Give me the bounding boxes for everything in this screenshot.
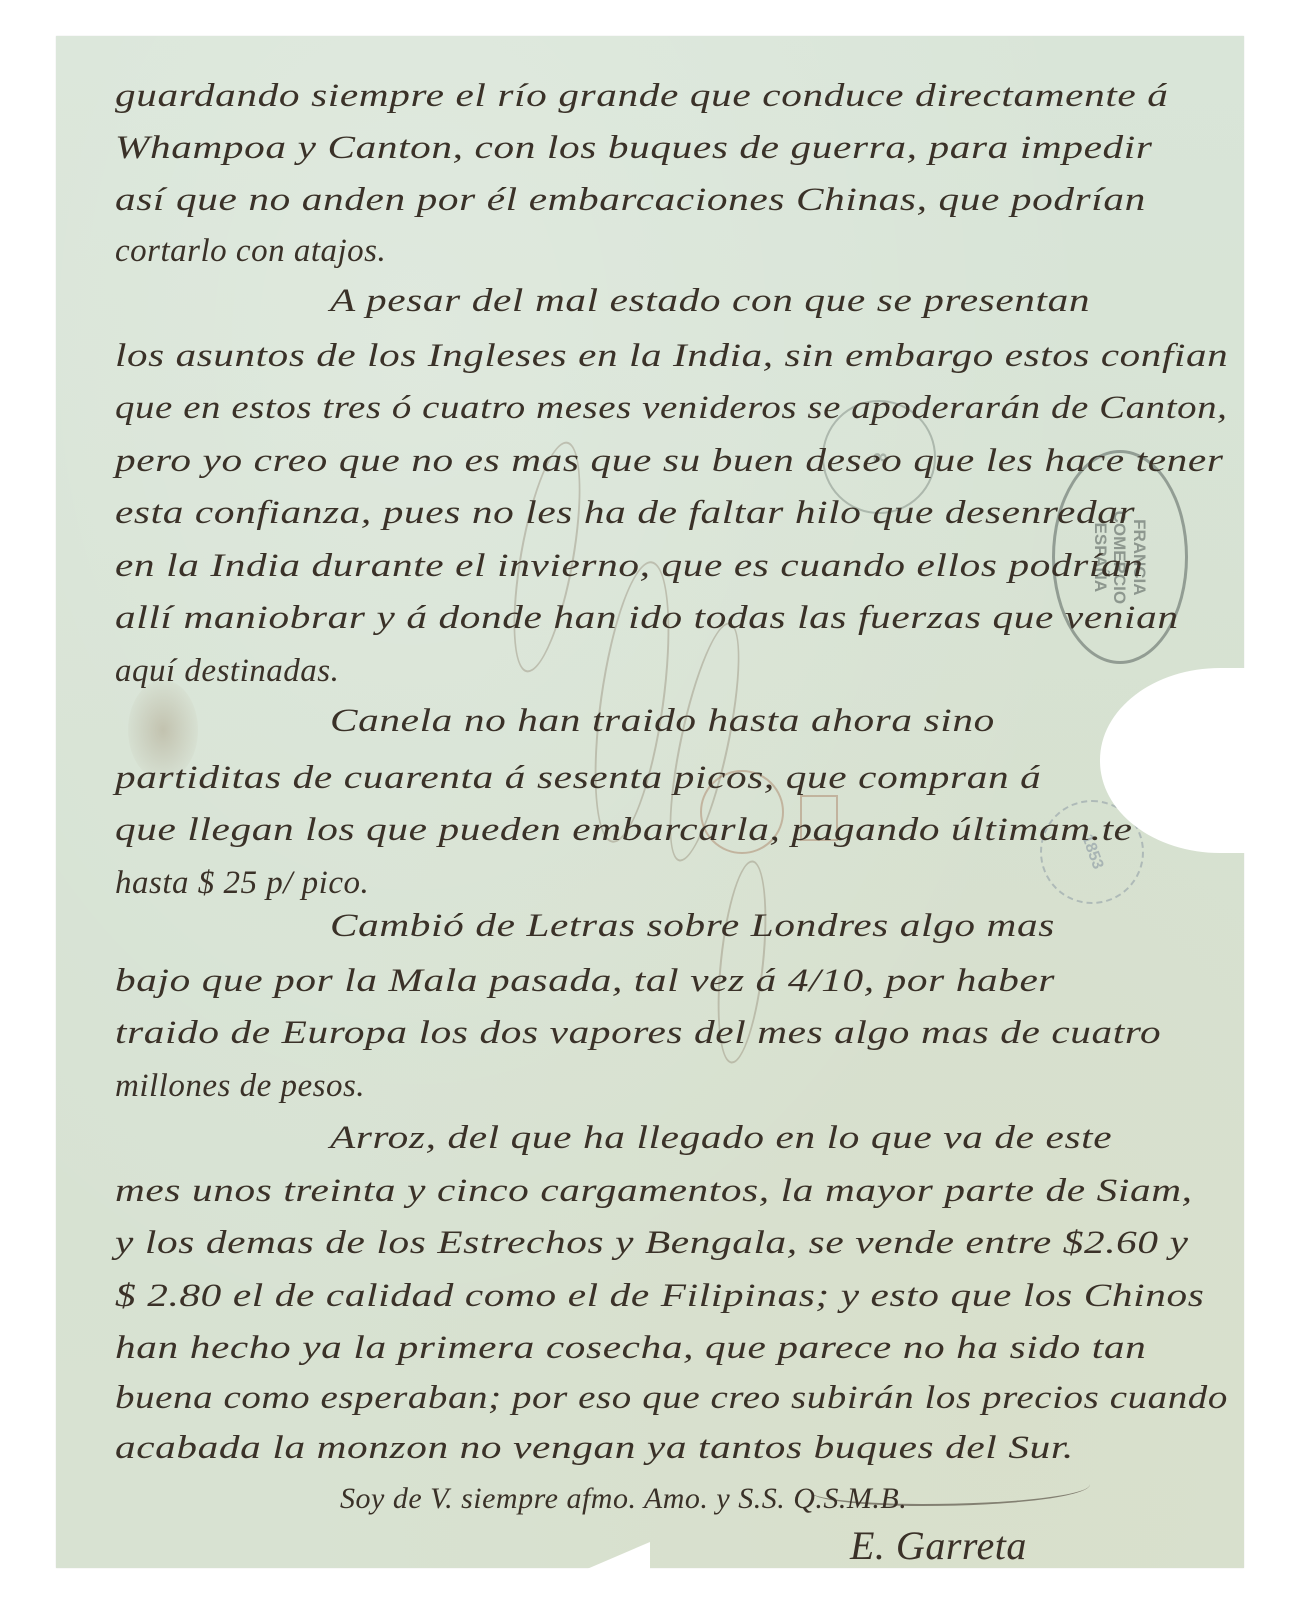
letter-line: Arroz, del que ha llegado en lo que va d… bbox=[330, 1120, 1112, 1157]
letter-line: cortarlo con atajos. bbox=[115, 233, 386, 270]
letter-line: buena como esperaban; por eso que creo s… bbox=[115, 1380, 1228, 1417]
letter-signature: E. Garreta bbox=[850, 1522, 1027, 1569]
letter-line: Canela no han traido hasta ahora sino bbox=[330, 703, 995, 740]
letter-line: hasta $ 25 p/ pico. bbox=[115, 865, 369, 902]
letter-line: millones de pesos. bbox=[115, 1068, 365, 1105]
letter-line: Cambió de Letras sobre Londres algo mas bbox=[330, 908, 1055, 945]
letter-line: acabada la monzon no vengan ya tantos bu… bbox=[115, 1430, 1074, 1467]
letter-line: así que no anden por él embarcaciones Ch… bbox=[115, 182, 1146, 219]
letter-line: que en estos tres ó cuatro meses venider… bbox=[115, 390, 1227, 427]
letter-line: A pesar del mal estado con que se presen… bbox=[330, 283, 1090, 320]
letter-line: los asuntos de los Ingleses en la India,… bbox=[115, 338, 1228, 375]
letter-line: que llegan los que pueden embarcarla, pa… bbox=[115, 812, 1133, 849]
letter-line: guardando siempre el río grande que cond… bbox=[115, 78, 1169, 115]
letter-line: aquí destinadas. bbox=[115, 653, 339, 690]
letter-line: $ 2.80 el de calidad como el de Filipina… bbox=[115, 1278, 1204, 1315]
letter-line: bajo que por la Mala pasada, tal vez á 4… bbox=[115, 963, 1055, 1000]
letter-line: han hecho ya la primera cosecha, que par… bbox=[115, 1330, 1146, 1367]
letter-line: mes unos treinta y cinco cargamentos, la… bbox=[115, 1173, 1193, 1210]
letter-line: traido de Europa los dos vapores del mes… bbox=[115, 1015, 1161, 1052]
letter-line: Whampoa y Canton, con los buques de guer… bbox=[115, 130, 1153, 167]
letter-line: y los demas de los Estrechos y Bengala, … bbox=[115, 1225, 1189, 1262]
letter-line: allí maniobrar y á donde han ido todas l… bbox=[115, 600, 1179, 637]
letter-line: partiditas de cuarenta á sesenta picos, … bbox=[115, 760, 1041, 797]
letter-line: esta confianza, pues no les ha de faltar… bbox=[115, 495, 1135, 532]
letter-line: en la India durante el invierno, que es … bbox=[115, 548, 1143, 585]
letter-line: pero yo creo que no es mas que su buen d… bbox=[115, 443, 1224, 480]
